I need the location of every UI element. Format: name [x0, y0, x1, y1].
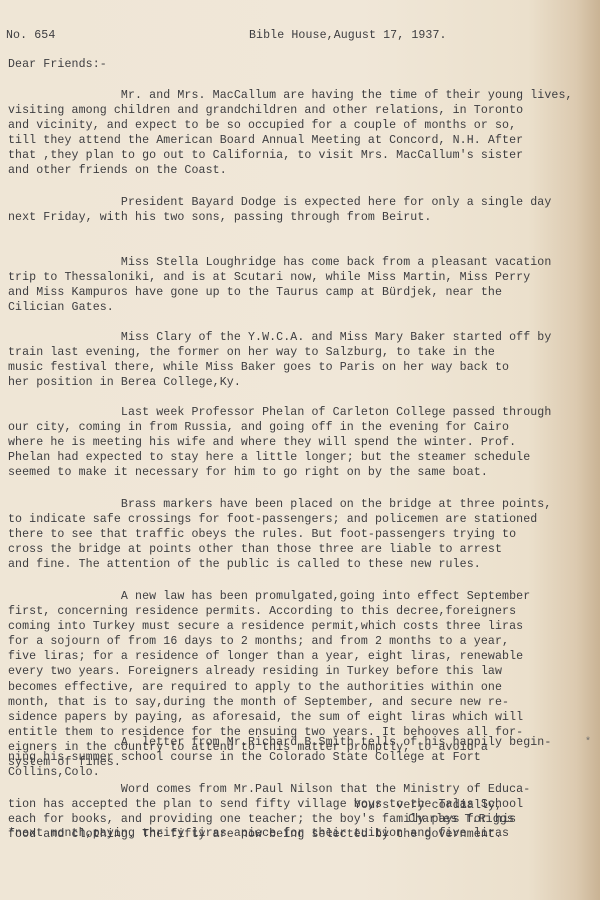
- paragraph: Brass markers have been placed on the br…: [8, 497, 588, 572]
- paragraph: Mr. and Mrs. MacCallum are having the ti…: [8, 88, 588, 179]
- paragraph-line: next Friday, with his two sons, passing …: [8, 210, 588, 225]
- paragraph-line: Phelan had expected to stay here a littl…: [8, 450, 588, 465]
- paragraph-line: sidence papers by paying, as aforesaid, …: [8, 710, 588, 725]
- paragraph-line: Cilician Gates.: [8, 300, 588, 315]
- paragraph-line: till they attend the American Board Annu…: [8, 133, 588, 148]
- paragraph: President Bayard Dodge is expected here …: [8, 195, 588, 225]
- paragraph-line: there to see that traffic obeys the rule…: [8, 527, 588, 542]
- paragraph-line: and vicinity, and expect to be so occupi…: [8, 118, 588, 133]
- paragraph-line: President Bayard Dodge is expected here …: [8, 195, 588, 210]
- paragraph-line: five liras; for a residence of longer th…: [8, 649, 588, 664]
- paragraph-line: and other friends on the Coast.: [8, 163, 588, 178]
- paragraph-line: ning his summer school course in the Col…: [8, 750, 588, 765]
- paragraph: Last week Professor Phelan of Carleton C…: [8, 405, 588, 480]
- paragraph-line: every two years. Foreigners already resi…: [8, 664, 588, 679]
- paragraph-line: Collins,Colo.: [8, 765, 588, 780]
- footnote: *next month,paying thrity liras apiece f…: [8, 827, 509, 840]
- paragraph-line: seemed to make it necessary for him to g…: [8, 465, 588, 480]
- paragraph-line: Word comes from Mr.Paul Nilson that the …: [8, 782, 588, 797]
- paragraph-line: where he is meeting his wife and where t…: [8, 435, 588, 450]
- paragraph-line: month, that is to say,during the month o…: [8, 695, 588, 710]
- paragraph-line: Mr. and Mrs. MacCallum are having the ti…: [8, 88, 588, 103]
- closing: Yours very cordially,: [354, 799, 502, 812]
- salutation: Dear Friends:-: [8, 58, 107, 71]
- paragraph: A letter from Mr.Richard B.Smith tells o…: [8, 735, 588, 780]
- paragraph-line: A letter from Mr.Richard B.Smith tells o…: [8, 735, 588, 750]
- paragraph-line: Miss Stella Loughridge has come back fro…: [8, 255, 588, 270]
- paragraph-line: Last week Professor Phelan of Carleton C…: [8, 405, 588, 420]
- paragraph-line: train last evening, the former on her wa…: [8, 345, 588, 360]
- paragraph-line: first, concerning residence permits. Acc…: [8, 604, 588, 619]
- signature: Charles T.Riggs: [408, 813, 514, 826]
- letter-page: No. 654 Bible House,August 17, 1937. Dea…: [0, 0, 600, 900]
- paragraph-line: for a sojourn of from 16 days to 2 month…: [8, 634, 588, 649]
- paragraph-line: visiting among children and grandchildre…: [8, 103, 588, 118]
- paragraph-line: cross the bridge at points other than th…: [8, 542, 588, 557]
- paragraph-line: and fine. The attention of the public is…: [8, 557, 588, 572]
- margin-asterisk: *: [585, 737, 591, 748]
- paragraph-line: and Miss Kampuros have gone up to the Ta…: [8, 285, 588, 300]
- paragraph-line: trip to Thessaloniki, and is at Scutari …: [8, 270, 588, 285]
- paragraph-line: Miss Clary of the Y.W.C.A. and Miss Mary…: [8, 330, 588, 345]
- paragraph-line: her position in Berea College,Ky.: [8, 375, 588, 390]
- paragraph-line: to indicate safe crossings for foot-pass…: [8, 512, 588, 527]
- paragraph-line: music festival there, while Miss Baker g…: [8, 360, 588, 375]
- paragraph-line: A new law has been promulgated,going int…: [8, 589, 588, 604]
- letter-number: No. 654: [6, 29, 55, 42]
- paragraph-line: our city, coming in from Russia, and goi…: [8, 420, 588, 435]
- paragraph: Miss Clary of the Y.W.C.A. and Miss Mary…: [8, 330, 588, 390]
- paragraph-line: becomes effective, are required to apply…: [8, 680, 588, 695]
- paragraph-line: Brass markers have been placed on the br…: [8, 497, 588, 512]
- paragraph: Miss Stella Loughridge has come back fro…: [8, 255, 588, 315]
- paragraph-line: coming into Turkey must secure a residen…: [8, 619, 588, 634]
- paragraph-line: that ,they plan to go out to California,…: [8, 148, 588, 163]
- place-and-date: Bible House,August 17, 1937.: [249, 29, 447, 42]
